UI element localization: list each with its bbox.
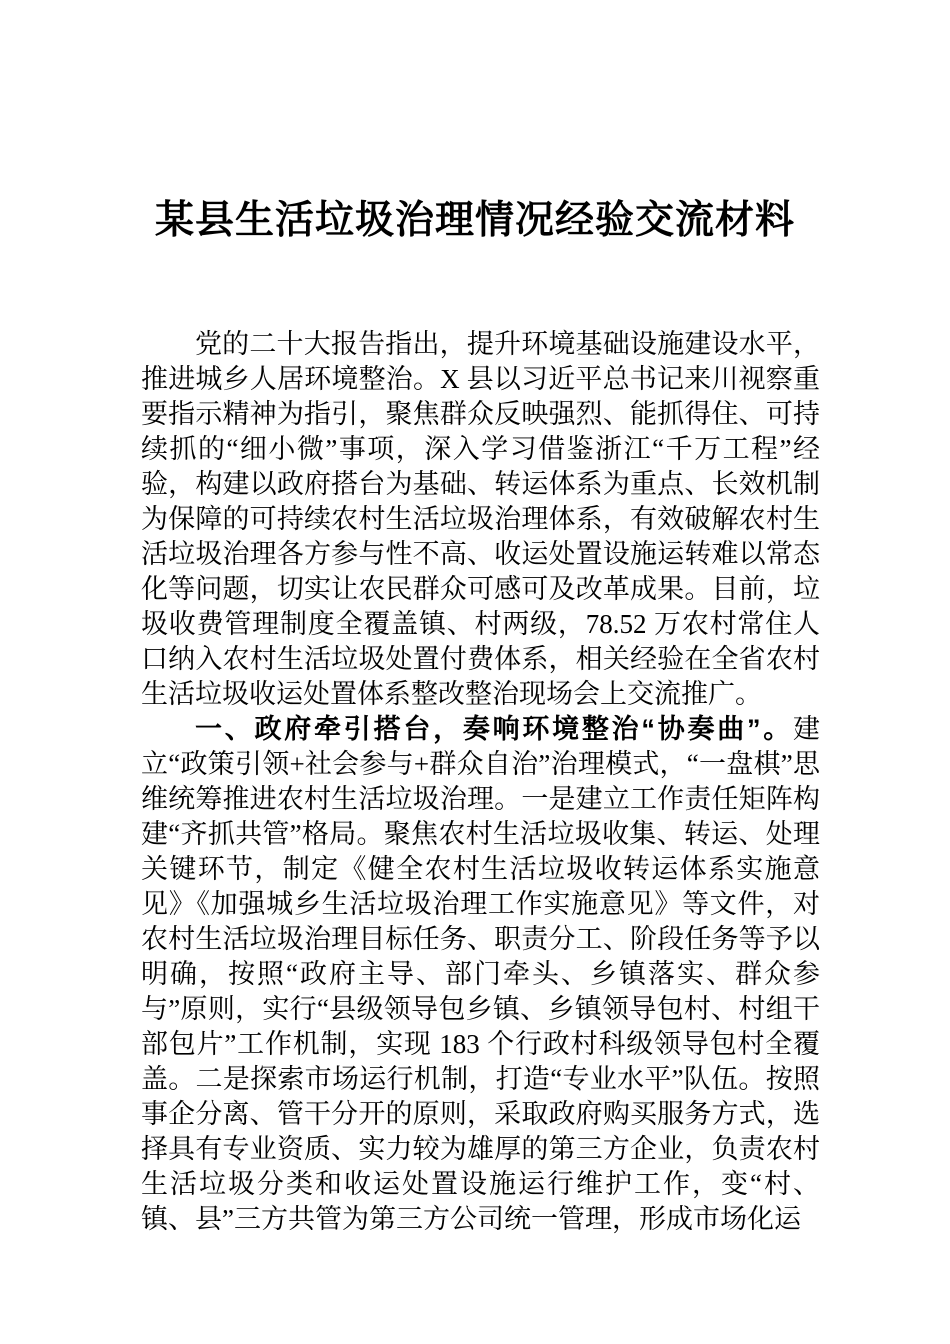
document-page: 某县生活垃圾治理情况经验交流材料 党的二十大报告指出，提升环境基础设施建设水平，…: [0, 0, 950, 1344]
section-1-heading: 一、政府牵引搭台，奏响环境整治“协奏曲”。: [195, 714, 793, 744]
document-body: 党的二十大报告指出，提升环境基础设施建设水平，推进城乡人居环境整治。X 县以习近…: [0, 327, 950, 1237]
paragraph-section-1: 一、政府牵引搭台，奏响环境整治“协奏曲”。建立“政策引领+社会参与+群众自治”治…: [141, 712, 820, 1237]
document-title: 某县生活垃圾治理情况经验交流材料: [0, 0, 950, 245]
paragraph-intro-text: 党的二十大报告指出，提升环境基础设施建设水平，推进城乡人居环境整治。X 县以习近…: [141, 329, 820, 709]
paragraph-section-1-text: 建立“政策引领+社会参与+群众自治”治理模式，“一盘棋”思维统筹推进农村生活垃圾…: [141, 714, 820, 1234]
paragraph-intro: 党的二十大报告指出，提升环境基础设施建设水平，推进城乡人居环境整治。X 县以习近…: [141, 327, 820, 712]
